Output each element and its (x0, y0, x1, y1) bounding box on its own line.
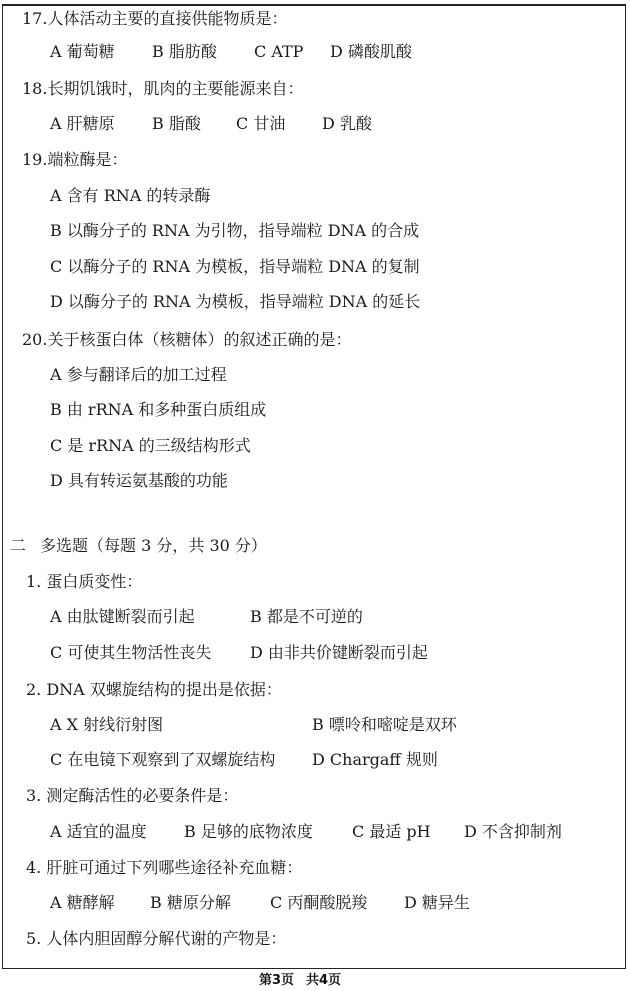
multi-question-5-stem: 5. 人体内胆固醇分解代谢的产物是： (26, 929, 286, 949)
option-a: A 由肽键断裂而引起 (50, 607, 195, 627)
question-20-option-b: B 由 rRNA 和多种蛋白质组成 (50, 400, 266, 420)
question-20-stem: 20.关于核蛋白体（核糖体）的叙述正确的是： (22, 330, 351, 350)
multi-question-2-stem: 2. DNA 双螺旋结构的提出是依据： (26, 680, 282, 700)
multi-question-1-stem: 1. 蛋白质变性： (26, 572, 142, 592)
question-19-option-c: C 以酶分子的 RNA 为模板，指导端粒 DNA 的复制 (50, 257, 420, 277)
question-19-option-a: A 含有 RNA 的转录酶 (50, 186, 210, 206)
current-page: 第3页 (259, 973, 294, 988)
option-d: D 糖异生 (404, 893, 470, 913)
total-pages: 共4页 (306, 973, 341, 988)
option-d: D 不含抑制剂 (464, 822, 562, 842)
section-title: 多选题（每题 3 分，共 30 分） (40, 536, 267, 555)
question-18-stem: 18.长期饥饿时，肌肉的主要能源来自： (22, 79, 303, 99)
section-number: 二 (10, 536, 40, 556)
option-d: D Chargaff 规则 (312, 750, 438, 770)
option-b: B 都是不可逆的 (250, 607, 363, 627)
option-c: C 最适 pH (352, 822, 431, 842)
option-b: B 足够的底物浓度 (184, 822, 313, 842)
option-a: A X 射线衍射图 (50, 715, 163, 735)
multi-question-4-stem: 4. 肝脏可通过下列哪些途径补充血糖： (26, 858, 302, 878)
option-c: C 丙酮酸脱羧 (270, 893, 367, 913)
option-c: C 可使其生物活性丧失 (50, 643, 211, 663)
option-c: C 在电镜下观察到了双螺旋结构 (50, 750, 275, 770)
option-b: B 嘌呤和嘧啶是双环 (312, 715, 457, 735)
question-19-stem: 19.端粒酶是： (22, 150, 127, 170)
option-c: C ATP (254, 42, 303, 62)
section-two-heading: 二多选题（每题 3 分，共 30 分） (10, 536, 267, 556)
question-19-option-d: D 以酶分子的 RNA 为模板，指导端粒 DNA 的延长 (50, 292, 420, 312)
option-d: D 乳酸 (322, 114, 372, 134)
option-d: D 由非共价键断裂而引起 (250, 643, 428, 663)
option-b: B 脂酸 (152, 114, 201, 134)
question-17-stem: 17.人体活动主要的直接供能物质是： (22, 9, 287, 29)
multi-question-3-stem: 3. 测定酶活性的必要条件是： (26, 786, 238, 806)
option-b: B 糖原分解 (150, 893, 231, 913)
question-19-option-b: B 以酶分子的 RNA 为引物，指导端粒 DNA 的合成 (50, 221, 419, 241)
option-c: C 甘油 (236, 114, 285, 134)
question-20-option-c: C 是 rRNA 的三级结构形式 (50, 436, 251, 456)
option-d: D 磷酸肌酸 (330, 42, 412, 62)
option-a: A 糖酵解 (50, 893, 115, 913)
option-a: A 肝糖原 (50, 114, 115, 134)
option-a: A 葡萄糖 (50, 42, 115, 62)
option-a: A 适宜的温度 (50, 822, 147, 842)
question-20-option-d: D 具有转运氨基酸的功能 (50, 471, 228, 491)
page-footer: 第3页共4页 (0, 973, 600, 989)
option-b: B 脂肪酸 (152, 42, 217, 62)
question-20-option-a: A 参与翻译后的加工过程 (50, 365, 227, 385)
